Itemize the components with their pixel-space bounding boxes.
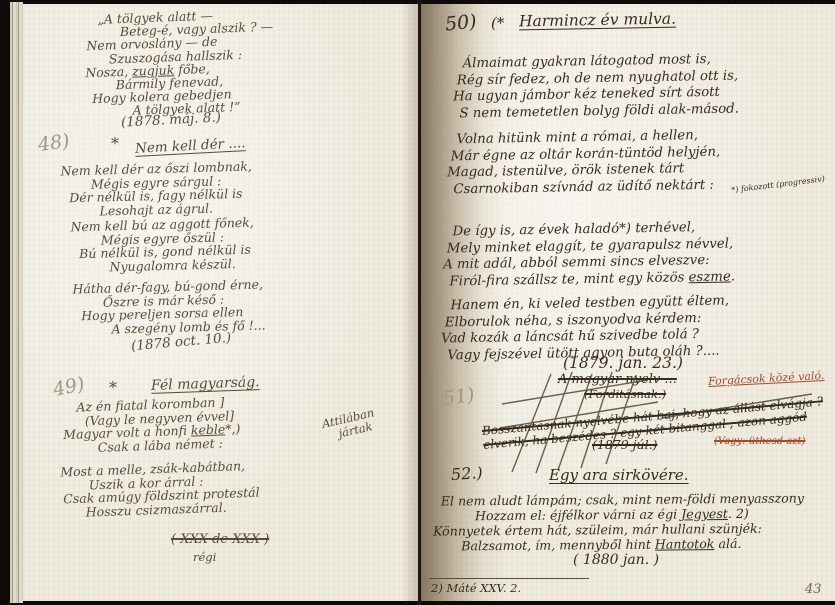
footnote: 2) Máté XXV. 2. [431, 581, 521, 595]
poem-title-52: Egy ara sirkövére. [549, 466, 689, 484]
page-stack-edges [10, 2, 23, 603]
star-mark: * [111, 134, 119, 153]
poem-49-stanza-2: Most a melle, zsák-kabátban,Uszik a kor … [60, 459, 260, 520]
manuscript-scan: „A tölgyek alatt —Beteg-é, vagy alszik ?… [0, 0, 835, 605]
page-number: 43 [805, 582, 822, 597]
poem-50-stanza-3: De így is, az évek haladó*) terhével,Mel… [442, 219, 735, 290]
left-page: „A tölgyek alatt —Beteg-é, vagy alszik ?… [23, 4, 418, 601]
poem-52-lines: El nem aludt lámpám; csak, mint nem-föld… [433, 490, 805, 553]
crossed-out-scribble: ( XXX de XXX ) [171, 532, 269, 547]
footnote-rule [429, 578, 589, 579]
poem-title-49: Fél magyarság. [151, 374, 260, 394]
poem-title-50: Harmincz év mulva. [519, 10, 676, 31]
poem-date: ( 1880 jan. ) [573, 552, 659, 568]
margin-number-52: 52.) [450, 463, 483, 484]
star-mark: * [109, 378, 117, 397]
correction-note-regi: régi [193, 550, 216, 564]
margin-number-49: 49) [51, 373, 86, 401]
poem-50-stanza-2: Volna hitünk mint a római, a hellen,Már … [446, 128, 721, 199]
poem-48-stanza-1: Nem kell dér az őszi lombnak,Mégis egyre… [60, 160, 253, 219]
poem-title-48: Nem kell dér .... [135, 135, 246, 157]
red-ink-note-2: (Vagy: üthesd azt) [714, 436, 805, 447]
margin-number-50: 50) [444, 10, 478, 35]
margin-number-48: 48) [37, 130, 71, 156]
right-page: 50) (* Harmincz év mulva. Álmaimat gyakr… [421, 4, 835, 601]
star-mark: (* [491, 14, 504, 32]
poem-48-stanza-2: Nem kell bú az aggott főnek,Mégis egyre … [70, 216, 255, 275]
margin-footnote-progressiv: *) fokozott (progressiv) [731, 174, 825, 194]
margin-number-51: 51) [441, 384, 476, 411]
crossed-out-entry-51: A magyar nyelv ... Forgácsok közé való. … [496, 372, 826, 476]
handwritten-line: Nyugalomra készül. [109, 256, 255, 273]
poem-parody-block: „A tölgyek alatt —Beteg-é, vagy alszik ?… [83, 7, 276, 119]
poem-48-stanza-3: Hátha dér-fagy, bú-gond érne,Őszre is má… [72, 277, 265, 336]
margin-note-attila: Attilábanjártak [321, 406, 379, 443]
poem-date: (1879. jan. 23.) [563, 354, 683, 372]
handwritten-line: Csak a lába német : [98, 436, 242, 455]
poem-49-stanza-1: Az én fiatal koromban ](Vagy le negyven … [62, 395, 241, 456]
handwritten-line: El nem aludt lámpám; csak, mint nem-föld… [441, 490, 804, 508]
poem-50-stanza-1: Álmaimat gyakran látogatod most is,Rég s… [452, 52, 739, 123]
handwritten-line: Balzsamot, ím, mennyből hint Hantotok al… [461, 535, 804, 553]
